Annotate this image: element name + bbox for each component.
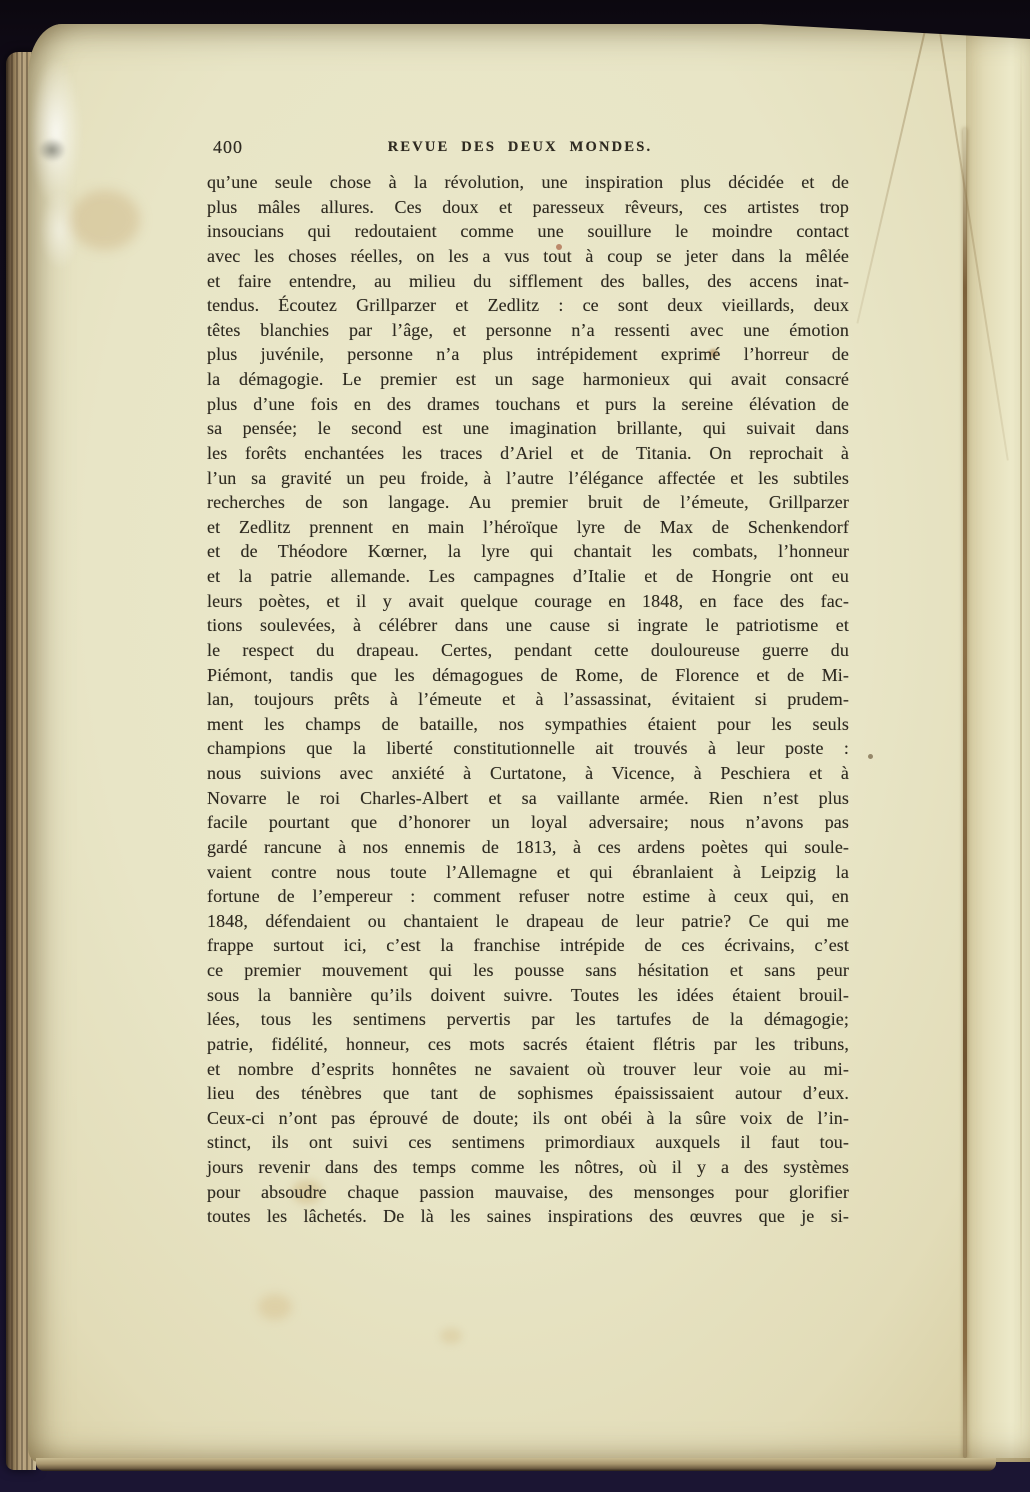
text-line: facile pourtant que d’honorer un loyal a… [207, 810, 849, 835]
text-line: sous la bannière qu’ils doivent suivre. … [207, 983, 849, 1008]
running-title: REVUE DES DEUX MONDES. [388, 139, 653, 156]
text-line: et nombre d’esprits honnêtes ne savaient… [207, 1057, 849, 1082]
text-line: et Zedlitz prennent en main l’héroïque l… [207, 515, 849, 540]
text-line: lées, tous les sentimens pervertis par l… [207, 1007, 849, 1032]
text-line: patrie, fidélité, honneur, ces mots sacr… [207, 1032, 849, 1057]
text-line: champions que la liberté constitutionnel… [207, 736, 849, 761]
text-line: jours revenir dans des temps comme les n… [207, 1155, 849, 1180]
text-line: et de Théodore Kœrner, la lyre qui chant… [207, 539, 849, 564]
text-line: plus d’une fois en des drames touchans e… [207, 392, 849, 417]
text-line: lieu des ténèbres que tant de sophismes … [207, 1081, 849, 1106]
text-line: 1848, défendaient ou chantaient le drape… [207, 909, 849, 934]
printed-content: 400 REVUE DES DEUX MONDES. qu’une seule … [0, 0, 1030, 1492]
text-line: tions soulevées, à célébrer dans une cau… [207, 613, 849, 638]
text-line: Piémont, tandis que les démagogues de Ro… [207, 663, 849, 688]
page-number: 400 [213, 137, 243, 158]
text-line: insoucians qui redoutaient comme une sou… [207, 219, 849, 244]
text-line: ce premier mouvement qui les pousse sans… [207, 958, 849, 983]
text-line: stinct, ils ont suivi ces sentimens prim… [207, 1130, 849, 1155]
text-line: qu’une seule chose à la révolution, une … [207, 170, 849, 195]
text-line: le respect du drapeau. Certes, pendant c… [207, 638, 849, 663]
text-line: Novarre le roi Charles-Albert et sa vail… [207, 786, 849, 811]
text-line: pour absoudre chaque passion mauvaise, d… [207, 1180, 849, 1205]
text-line: sa pensée; le second est une imagination… [207, 416, 849, 441]
text-line: l’un sa gravité un peu froide, à l’autre… [207, 466, 849, 491]
text-line: et faire entendre, au milieu du siffleme… [207, 269, 849, 294]
page-text: qu’une seule chose à la révolution, une … [207, 170, 849, 1229]
text-line: plus mâles allures. Ces doux et paresseu… [207, 195, 849, 220]
text-line: leurs poètes, et il y avait quelque cour… [207, 589, 849, 614]
page-header: 400 REVUE DES DEUX MONDES. [207, 137, 849, 159]
text-line: frappe surtout ici, c’est la franchise i… [207, 933, 849, 958]
text-line: la démagogie. Le premier est un sage har… [207, 367, 849, 392]
book-scan-stage: 400 REVUE DES DEUX MONDES. qu’une seule … [0, 0, 1030, 1492]
text-line: Ceux-ci n’ont pas éprouvé de doute; ils … [207, 1106, 849, 1131]
text-line: nous suivions avec anxiété à Curtatone, … [207, 761, 849, 786]
text-line: et la patrie allemande. Les campagnes d’… [207, 564, 849, 589]
text-line: toutes les lâchetés. De là les saines in… [207, 1204, 849, 1229]
text-line: tendus. Écoutez Grillparzer et Zedlitz :… [207, 293, 849, 318]
text-line: ment les champs de bataille, nos sympath… [207, 712, 849, 737]
text-line: lan, toujours prêts à l’émeute et à l’as… [207, 687, 849, 712]
text-line: gardé rancune à nos ennemis de 1813, à c… [207, 835, 849, 860]
text-line: recherches de son langage. Au premier br… [207, 490, 849, 515]
text-line: fortune de l’empereur : comment refuser … [207, 884, 849, 909]
text-line: plus juvénile, personne n’a plus intrépi… [207, 342, 849, 367]
text-line: les forêts enchantées les traces d’Ariel… [207, 441, 849, 466]
text-line: têtes blanchies par l’âge, et personne n… [207, 318, 849, 343]
text-line: avec les choses réelles, on les a vus to… [207, 244, 849, 269]
text-line: vaient contre nous toute l’Allemagne et … [207, 860, 849, 885]
